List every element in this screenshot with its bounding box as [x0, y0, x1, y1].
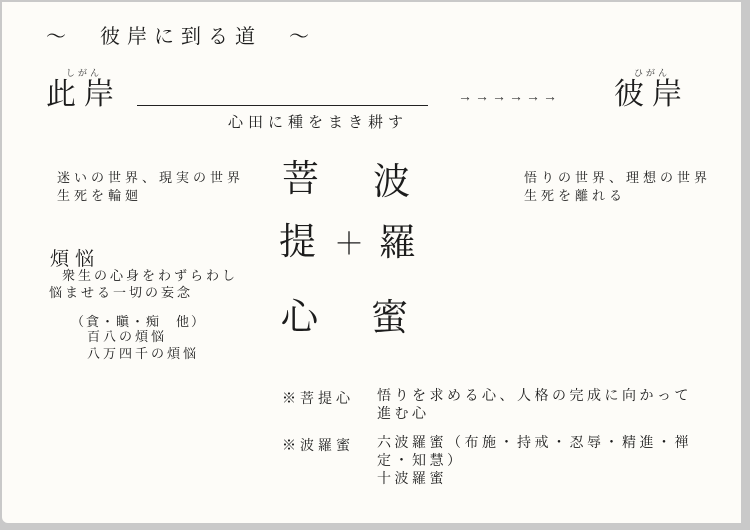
note-bodaishin-line1: 悟りを求める心、人格の完成に向かって — [377, 388, 692, 406]
note-haramitsu-line3: 十波羅蜜 — [377, 471, 692, 489]
other-shore-desc-line1: 悟りの世界、理想の世界 — [524, 169, 711, 187]
bonno-heading: 煩悩 — [50, 244, 100, 271]
this-shore-text: 此岸 — [46, 78, 122, 111]
this-shore-desc-line2: 生死を輪廻 — [57, 187, 244, 205]
other-shore-label: 彼岸ひがん — [614, 68, 690, 113]
page-title: 〜 彼岸に到る道 〜 — [46, 20, 316, 49]
note-haramitsu-line1: 六波羅蜜（布施・持戒・忍辱・精進・禅 — [377, 435, 692, 453]
center-char-haramitsu-2: 羅 — [379, 212, 416, 266]
note-haramitsu-definition: 六波羅蜜（布施・持戒・忍辱・精進・禅 定・知慧） 十波羅蜜 — [377, 435, 692, 489]
other-shore-text: 彼岸 — [614, 78, 690, 111]
path-caption: 心田に種をまき耕す — [228, 111, 408, 132]
other-shore-description: 悟りの世界、理想の世界 生死を離れる — [524, 169, 711, 205]
plus-sign: ＋ — [334, 219, 364, 263]
bonno-desc-line1: 衆生の心身をわずらわし — [49, 268, 238, 285]
this-shore-furigana: しがん — [46, 68, 122, 78]
bonno-count-line1: 百八の煩悩 — [87, 328, 199, 345]
bonno-desc-line2: 悩ませる一切の妄念 — [49, 285, 238, 302]
center-char-bodai-1: 菩 — [282, 148, 319, 202]
other-shore-ruby: 彼岸ひがん — [614, 78, 690, 111]
center-char-bodai-3: 心 — [281, 286, 318, 340]
center-char-haramitsu-3: 蜜 — [371, 287, 408, 341]
bonno-counts: 百八の煩悩 八万四千の煩悩 — [87, 328, 199, 362]
note-haramitsu-term: ※波羅蜜 — [282, 435, 354, 455]
path-line — [137, 105, 428, 106]
note-bodaishin-definition: 悟りを求める心、人格の完成に向かって 進む心 — [377, 388, 692, 424]
bonno-description: 衆生の心身をわずらわし 悩ませる一切の妄念 — [49, 268, 238, 301]
center-char-bodai-2: 提 — [279, 211, 316, 265]
other-shore-desc-line2: 生死を離れる — [524, 187, 711, 205]
this-shore-label: 此岸しがん — [46, 68, 122, 113]
this-shore-description: 迷いの世界、現実の世界 生死を輪廻 — [57, 169, 244, 205]
direction-arrows-icon: →→→→→→ — [458, 90, 560, 106]
note-bodaishin-term: ※菩提心 — [282, 388, 354, 408]
note-bodaishin-line2: 進む心 — [377, 406, 692, 424]
other-shore-furigana: ひがん — [614, 68, 690, 78]
this-shore-ruby: 此岸しがん — [46, 78, 122, 111]
this-shore-desc-line1: 迷いの世界、現実の世界 — [57, 169, 244, 187]
center-char-haramitsu-1: 波 — [373, 151, 410, 205]
note-haramitsu-line2: 定・知慧） — [377, 453, 692, 471]
scanned-handout-page: 〜 彼岸に到る道 〜 此岸しがん 心田に種をまき耕す →→→→→→ 彼岸ひがん … — [2, 2, 741, 523]
bonno-count-line2: 八万四千の煩悩 — [87, 345, 199, 362]
